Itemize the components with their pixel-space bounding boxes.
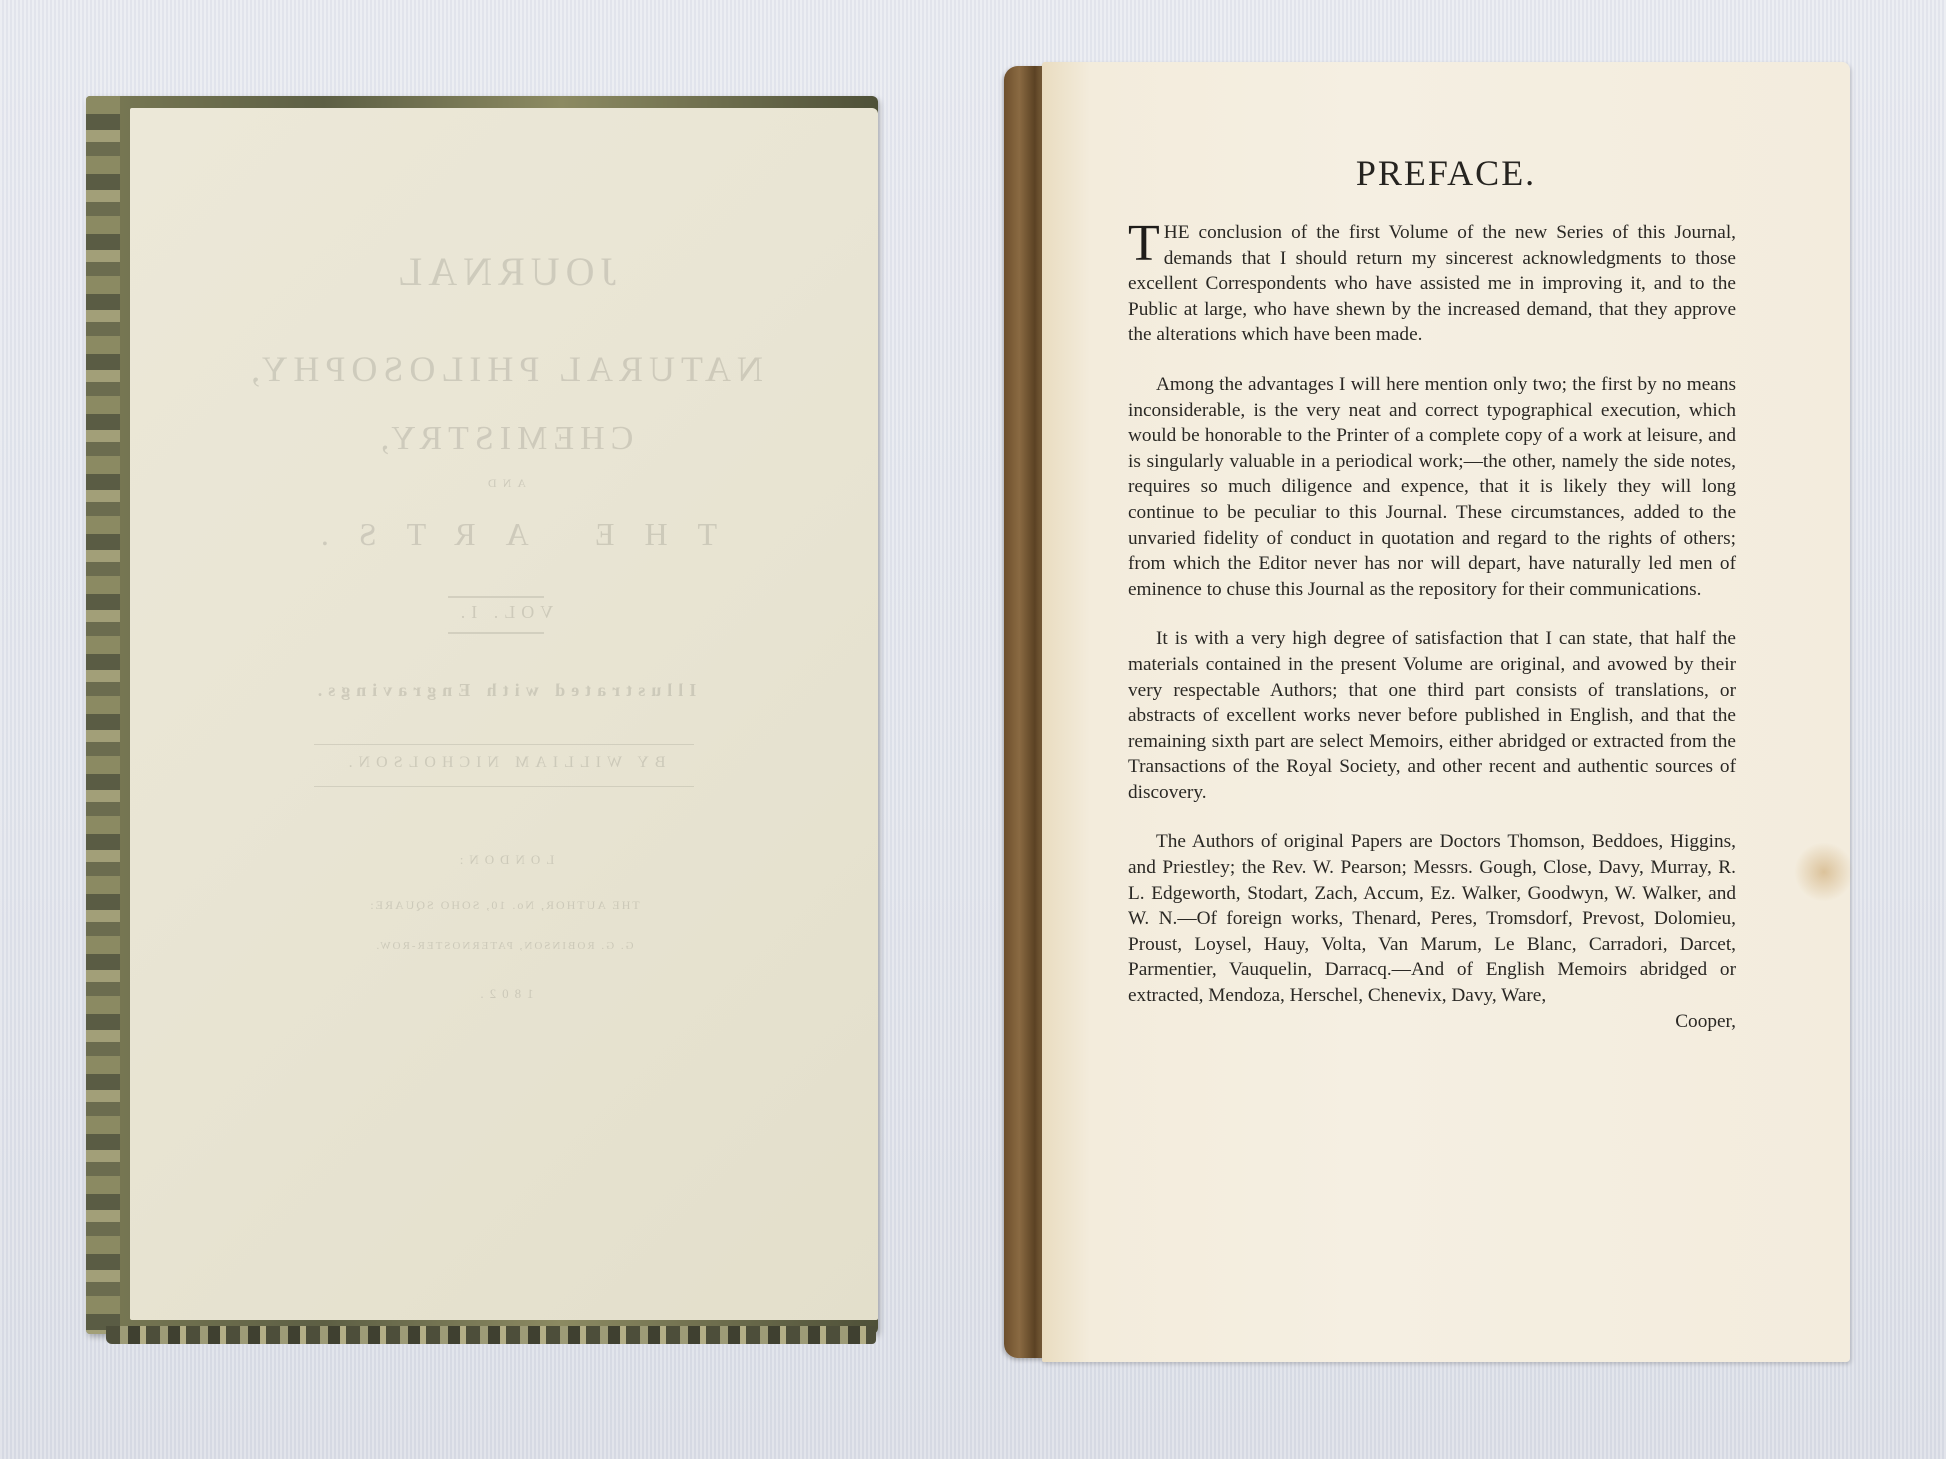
ghost-vol: VOL. I. (130, 602, 878, 623)
ghost-rule-author-top (314, 744, 694, 745)
paragraph-3: It is with a very high degree of satisfa… (1128, 626, 1736, 805)
left-book: JOURNAL NATURAL PHILOSOPHY, CHEMISTRY, A… (86, 96, 878, 1334)
ghost-title-natural-philosophy: NATURAL PHILOSOPHY, (130, 348, 878, 390)
preface-page: PREFACE. THE conclusion of the first Vol… (1042, 62, 1850, 1362)
drop-cap: T (1128, 224, 1160, 264)
ghost-publisher-2: G. G. ROBINSON, PATERNOSTER-ROW. (130, 940, 878, 952)
foxing-stain (1794, 842, 1854, 902)
ghost-year: 1802. (130, 986, 878, 1002)
catchword: Cooper, (1128, 1009, 1736, 1035)
paragraph-1-text: HE conclusion of the first Volume of the… (1128, 222, 1736, 345)
left-book-blank-page: JOURNAL NATURAL PHILOSOPHY, CHEMISTRY, A… (130, 108, 878, 1320)
right-book: PREFACE. THE conclusion of the first Vol… (1004, 62, 1850, 1362)
ghost-and: AND (130, 476, 878, 491)
ghost-rule-author-bottom (314, 786, 694, 787)
paragraph-4: The Authors of original Papers are Docto… (1128, 829, 1736, 1008)
left-book-marbled-edge (106, 1326, 876, 1344)
ghost-rule-bottom (448, 632, 544, 634)
ghost-illustrated: Illustrated with Engravings. (130, 680, 878, 701)
ghost-author: BY WILLIAM NICHOLSON. (130, 754, 878, 772)
page-title: PREFACE. (1042, 152, 1850, 194)
paragraph-2: Among the advantages I will here mention… (1128, 372, 1736, 602)
ghost-london: LONDON: (130, 852, 878, 868)
ghost-rule-top (448, 596, 544, 598)
ghost-title-chemistry: CHEMISTRY, (130, 420, 878, 458)
ghost-publisher-1: THE AUTHOR, No. 10, SOHO SQUARE: (130, 898, 878, 913)
left-book-marbled-spine (86, 96, 120, 1334)
ghost-the-arts: THE ARTS. (130, 516, 878, 553)
paragraph-1: THE conclusion of the first Volume of th… (1128, 220, 1736, 348)
preface-text: THE conclusion of the first Volume of th… (1128, 220, 1736, 1058)
ghost-title-journal: JOURNAL (130, 248, 878, 295)
